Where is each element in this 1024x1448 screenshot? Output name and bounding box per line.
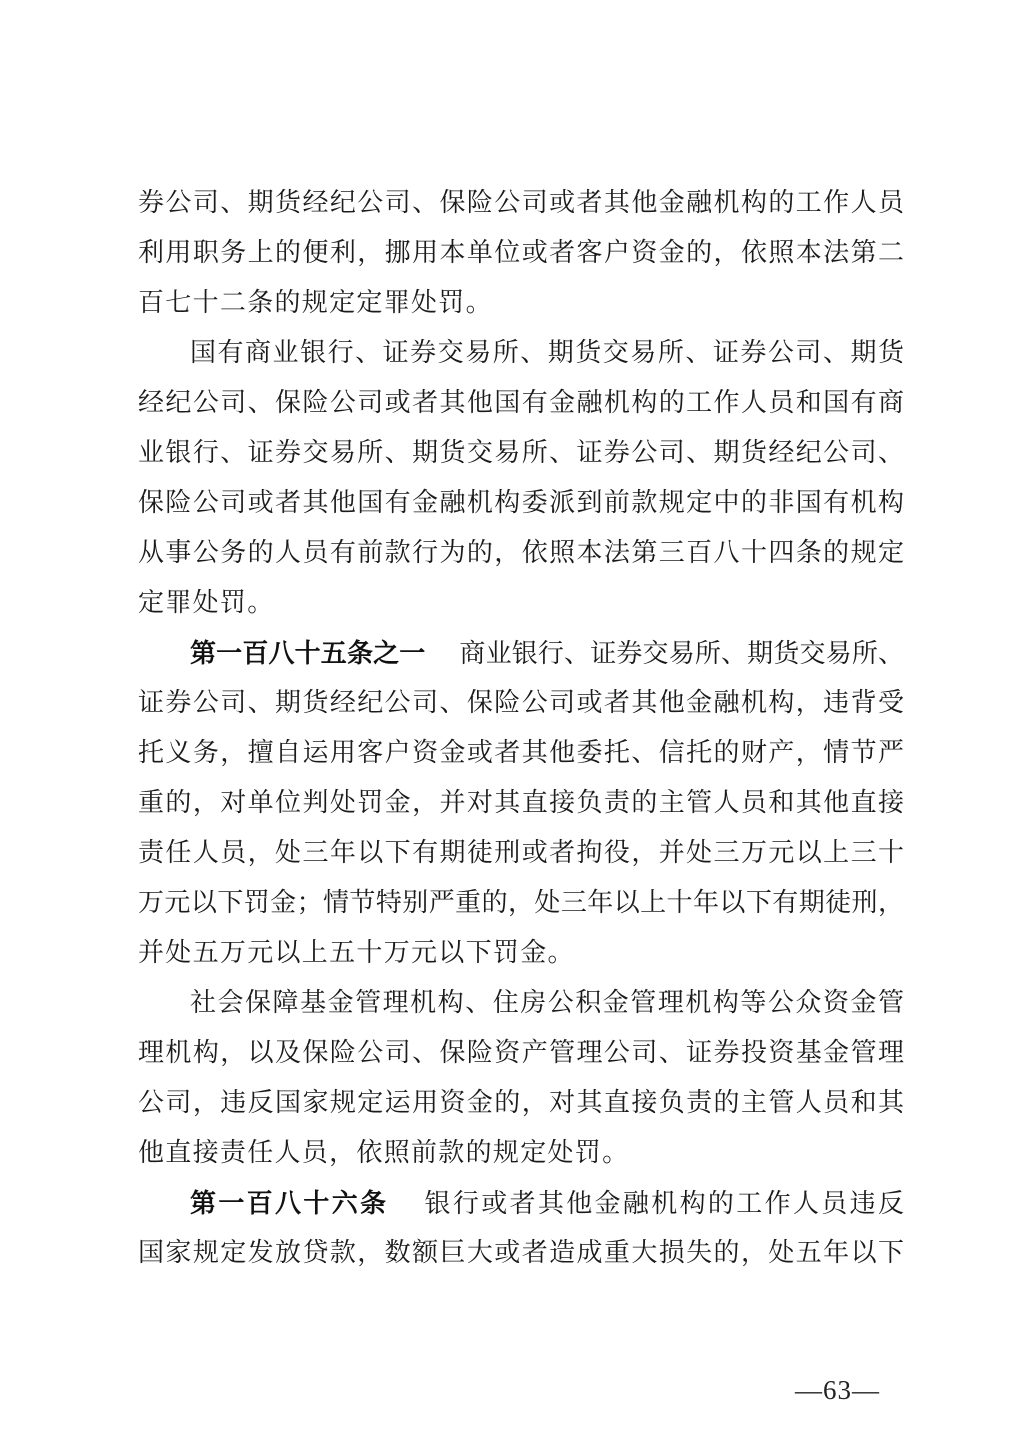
line-text: 公司，违反国家规定运用资金的，对其直接负责的主管人员和其	[138, 1088, 904, 1117]
text-line: 国有商业银行、证券交易所、期货交易所、证券公司、期货	[138, 328, 904, 378]
line-text: 并处五万元以上五十万元以下罚金。	[138, 938, 575, 967]
text-line: 理机构，以及保险公司、保险资产管理公司、证券投资基金管理	[138, 1028, 904, 1078]
text-line: 经纪公司、保险公司或者其他国有金融机构的工作人员和国有商	[138, 378, 904, 428]
line-text: 万元以下罚金；情节特别严重的，处三年以上十年以下有期徒刑，	[138, 888, 904, 917]
text-line: 第一百八十六条银行或者其他金融机构的工作人员违反	[138, 1178, 904, 1228]
line-text: 从事公务的人员有前款行为的，依照本法第三百八十四条的规定	[138, 538, 904, 567]
line-text: 社会保障基金管理机构、住房公积金管理机构等公众资金管	[190, 988, 904, 1017]
line-text: 证券公司、期货经纪公司、保险公司或者其他金融机构，违背受	[138, 688, 904, 717]
text-line: 第一百八十五条之一商业银行、证券交易所、期货交易所、	[138, 628, 904, 678]
line-text: 重的，对单位判处罚金，并对其直接负责的主管人员和其他直接	[138, 788, 904, 817]
text-line: 百七十二条的规定定罪处罚。	[138, 278, 904, 328]
text-line: 托义务，擅自运用客户资金或者其他委托、信托的财产，情节严	[138, 728, 904, 778]
text-line: 万元以下罚金；情节特别严重的，处三年以上十年以下有期徒刑，	[138, 878, 904, 928]
article-number: 第一百八十五条之一	[190, 638, 425, 668]
line-text: 定罪处罚。	[138, 588, 275, 617]
text-line: 国家规定发放贷款，数额巨大或者造成重大损失的，处五年以下	[138, 1228, 904, 1278]
article-number: 第一百八十六条	[190, 1188, 388, 1218]
text-line: 券公司、期货经纪公司、保险公司或者其他金融机构的工作人员	[138, 178, 904, 228]
text-line: 利用职务上的便利，挪用本单位或者客户资金的，依照本法第二	[138, 228, 904, 278]
line-text: 他直接责任人员，依照前款的规定处罚。	[138, 1138, 629, 1167]
page-number: —63—	[0, 1374, 1024, 1406]
line-text: 经纪公司、保险公司或者其他国有金融机构的工作人员和国有商	[138, 388, 904, 417]
text-line: 社会保障基金管理机构、住房公积金管理机构等公众资金管	[138, 978, 904, 1028]
legal-text-block: 券公司、期货经纪公司、保险公司或者其他金融机构的工作人员利用职务上的便利，挪用本…	[138, 178, 904, 1278]
line-text: 业银行、证券交易所、期货交易所、证券公司、期货经纪公司、	[138, 438, 904, 467]
line-text: 银行或者其他金融机构的工作人员违反	[422, 1189, 904, 1218]
line-text: 利用职务上的便利，挪用本单位或者客户资金的，依照本法第二	[138, 238, 904, 267]
text-line: 保险公司或者其他国有金融机构委派到前款规定中的非国有机构	[138, 478, 904, 528]
text-line: 业银行、证券交易所、期货交易所、证券公司、期货经纪公司、	[138, 428, 904, 478]
line-text: 商业银行、证券交易所、期货交易所、	[459, 639, 904, 668]
document-page: 券公司、期货经纪公司、保险公司或者其他金融机构的工作人员利用职务上的便利，挪用本…	[0, 0, 1024, 1448]
text-line: 公司，违反国家规定运用资金的，对其直接负责的主管人员和其	[138, 1078, 904, 1128]
line-text: 国家规定发放贷款，数额巨大或者造成重大损失的，处五年以下	[138, 1238, 904, 1267]
line-text: 托义务，擅自运用客户资金或者其他委托、信托的财产，情节严	[138, 738, 904, 767]
text-line: 责任人员，处三年以下有期徒刑或者拘役，并处三万元以上三十	[138, 828, 904, 878]
text-line: 从事公务的人员有前款行为的，依照本法第三百八十四条的规定	[138, 528, 904, 578]
line-text: 责任人员，处三年以下有期徒刑或者拘役，并处三万元以上三十	[138, 838, 904, 867]
text-line: 他直接责任人员，依照前款的规定处罚。	[138, 1128, 904, 1178]
line-text: 百七十二条的规定定罪处罚。	[138, 288, 493, 317]
line-text: 保险公司或者其他国有金融机构委派到前款规定中的非国有机构	[138, 488, 904, 517]
line-text: 国有商业银行、证券交易所、期货交易所、证券公司、期货	[190, 338, 904, 367]
text-line: 并处五万元以上五十万元以下罚金。	[138, 928, 904, 978]
line-text: 理机构，以及保险公司、保险资产管理公司、证券投资基金管理	[138, 1038, 904, 1067]
line-text: 券公司、期货经纪公司、保险公司或者其他金融机构的工作人员	[138, 188, 904, 217]
text-line: 证券公司、期货经纪公司、保险公司或者其他金融机构，违背受	[138, 678, 904, 728]
text-line: 定罪处罚。	[138, 578, 904, 628]
text-line: 重的，对单位判处罚金，并对其直接负责的主管人员和其他直接	[138, 778, 904, 828]
